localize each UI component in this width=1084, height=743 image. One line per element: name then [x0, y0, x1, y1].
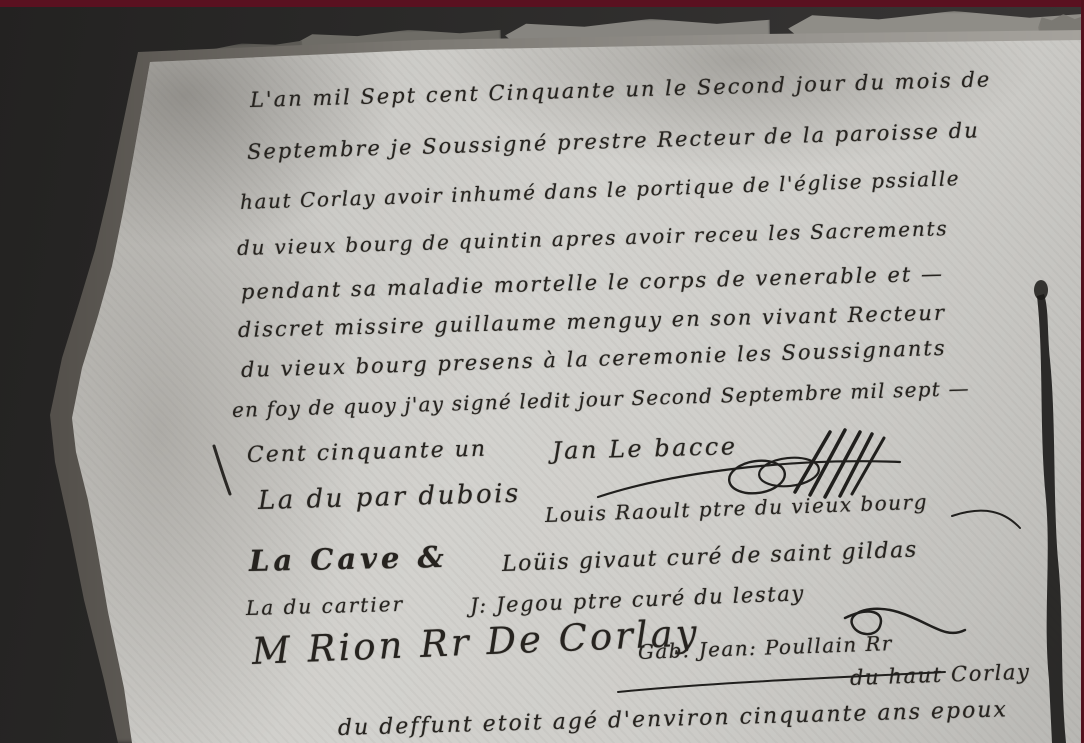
photo-of-parish-register: L'an mil Sept cent Cinquante un le Secon…: [0, 0, 1084, 743]
signature-jan-le-bacce: Jan Le bacce: [552, 432, 738, 465]
signature-la-du-cartier: La du cartier: [246, 592, 405, 620]
film-edge-top: [0, 0, 1084, 7]
signature-la-cave: La Cave &: [249, 540, 448, 578]
